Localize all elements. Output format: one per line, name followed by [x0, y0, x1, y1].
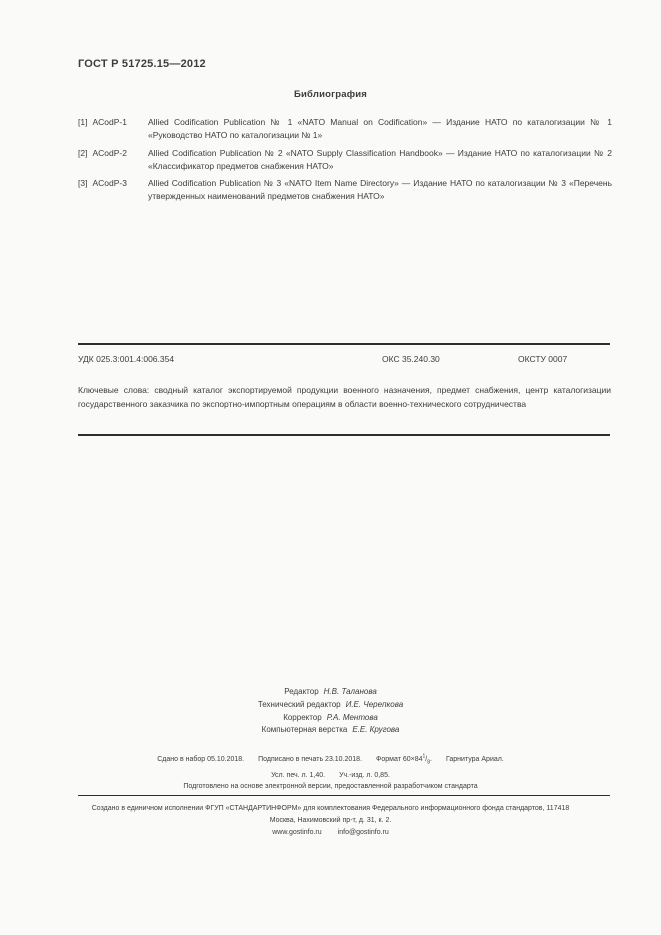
bibliography-entry-ref: [1]: [78, 117, 87, 127]
credit-name: Е.Е. Кругова: [352, 725, 399, 734]
keywords-paragraph: Ключевые слова: сводный каталог экспорти…: [78, 384, 611, 411]
publisher-issuer-text: Создано в единичном исполнении ФГУП «СТА…: [81, 803, 581, 827]
imprint-typeface: Гарнитура Ариал.: [446, 756, 504, 763]
horizontal-rule-top: [78, 343, 610, 345]
bibliography-list: [1]ACodP-1 Allied Codification Publicati…: [78, 116, 612, 208]
imprint-pub-sheets: Уч.-изд. л. 0,85.: [339, 772, 390, 779]
credit-role: Компьютерная верстка: [262, 725, 348, 734]
bibliography-entry-ref: [3]: [78, 178, 87, 188]
horizontal-rule-bottom: [78, 795, 610, 796]
bibliography-entry-text: Allied Codification Publication № 3 «NAT…: [148, 177, 612, 203]
credit-name: Р.А. Ментова: [327, 713, 378, 722]
bibliography-entry: [1]ACodP-1 Allied Codification Publicati…: [78, 116, 612, 142]
credit-role: Технический редактор: [258, 700, 341, 709]
doc-number: ГОСТ Р 51725.15—2012: [78, 58, 206, 70]
publisher-email: info@gostinfo.ru: [338, 829, 389, 836]
credit-role: Редактор: [284, 687, 318, 696]
credits-block: РедакторН.В. Таланова Технический редакт…: [0, 686, 661, 737]
credit-name: И.Е. Черепкова: [346, 700, 404, 709]
bibliography-entry-code: ACodP-2: [92, 148, 127, 158]
bibliography-entry: [2]ACodP-2 Allied Codification Publicati…: [78, 147, 612, 173]
imprint-press-sheets: Усл. печ. л. 1,40.: [271, 772, 325, 779]
publisher-website: www.gostinfo.ru: [272, 829, 321, 836]
horizontal-rule-middle: [78, 434, 610, 436]
credit-line: Технический редакторИ.Е. Черепкова: [0, 699, 661, 712]
publisher-contacts: www.gostinfo.ruinfo@gostinfo.ru: [0, 827, 661, 839]
okstu-code: ОКСТУ 0007: [518, 354, 567, 364]
credit-line: РедакторН.В. Таланова: [0, 686, 661, 699]
bibliography-entry-label: [1]ACodP-1: [78, 116, 148, 142]
imprint-set-date: Сдано в набор 05.10.2018.: [157, 756, 244, 763]
imprint-print-date: Подписано в печать 23.10.2018.: [258, 756, 362, 763]
bibliography-entry-ref: [2]: [78, 148, 87, 158]
section-title: Библиография: [0, 89, 661, 100]
udk-code: УДК 025.3:001.4:006.354: [78, 354, 174, 364]
oks-code: ОКС 35.240.30: [382, 354, 440, 364]
document-page: ГОСТ Р 51725.15—2012 Библиография [1]ACo…: [0, 0, 661, 935]
credit-line: Компьютерная версткаЕ.Е. Кругова: [0, 724, 661, 737]
bibliography-entry-label: [3]ACodP-3: [78, 177, 148, 203]
publisher-footer: Создано в единичном исполнении ФГУП «СТА…: [0, 803, 661, 840]
imprint-format-suffix: .: [430, 756, 432, 763]
bibliography-entry-text: Allied Codification Publication № 2 «NAT…: [148, 147, 612, 173]
bibliography-entry-label: [2]ACodP-2: [78, 147, 148, 173]
credit-role: Корректор: [283, 713, 322, 722]
imprint-format: Формат 60×841/8.: [376, 756, 432, 763]
credit-name: Н.В. Таланова: [324, 687, 377, 696]
imprint-format-prefix: Формат 60×84: [376, 756, 422, 763]
imprint-line-2: Усл. печ. л. 1,40.Уч.-изд. л. 0,85.: [0, 770, 661, 782]
credit-line: КорректорР.А. Ментова: [0, 712, 661, 725]
bibliography-entry-code: ACodP-1: [92, 117, 127, 127]
imprint-line-1: Сдано в набор 05.10.2018.Подписано в печ…: [0, 752, 661, 770]
imprint-block: Сдано в набор 05.10.2018.Подписано в печ…: [0, 752, 661, 793]
bibliography-entry-code: ACodP-3: [92, 178, 127, 188]
bibliography-entry: [3]ACodP-3 Allied Codification Publicati…: [78, 177, 612, 203]
imprint-note: Подготовлено на основе электронной верси…: [0, 781, 661, 793]
bibliography-entry-text: Allied Codification Publication № 1 «NAT…: [148, 116, 612, 142]
